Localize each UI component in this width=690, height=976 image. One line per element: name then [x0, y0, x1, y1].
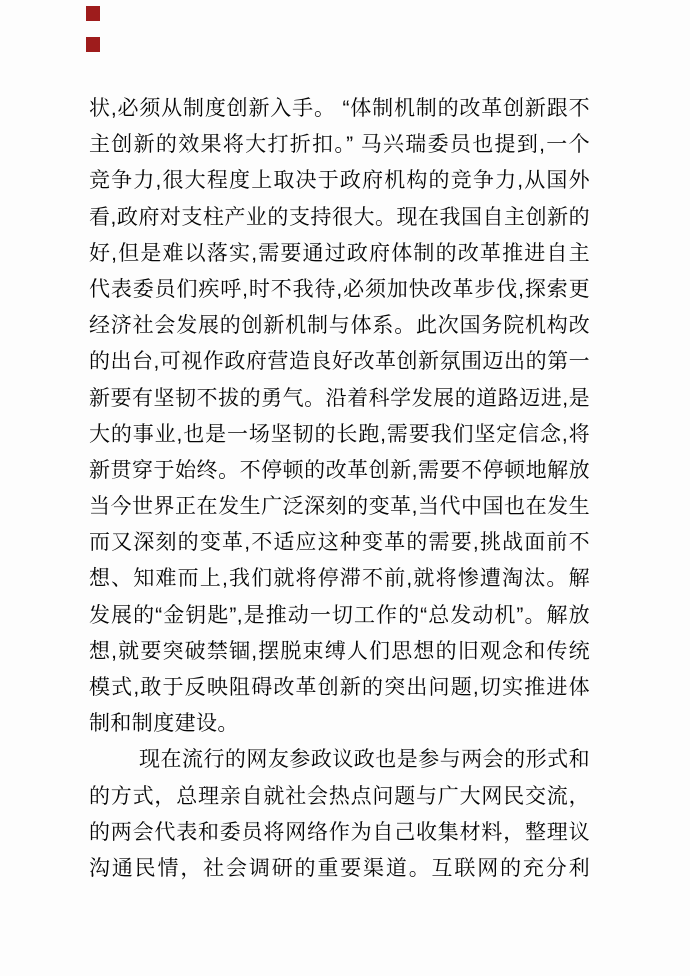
- text-line: 沟通民情，社会调研的重要渠道。互联网的充分利用，给了: [89, 851, 590, 887]
- text-line: 而又深刻的变革,不适应这种变革的需要,挑战面前不解放思: [89, 525, 590, 561]
- text-line: 代表委员们疾呼,时不我待,必须加快改革步伐,探索更有利于: [89, 272, 590, 308]
- text-line: 新要有坚韧不拔的勇气。沿着科学发展的道路迈进,是一项伟: [89, 381, 590, 417]
- red-stamp-icon: [86, 37, 100, 52]
- text-line: 想、知难而上,我们就将停滞不前,就将惨遭淘汰。解放思想是: [89, 561, 590, 597]
- text-line: 想,就要突破禁锢,摆脱束缚人们思想的旧观念和传统的思 维: [89, 634, 590, 670]
- text-line: 看,政府对支柱产业的支持很大。现在我国自主创新的政策很: [89, 200, 590, 236]
- document-page: 状,必须从制度创新入手。 “体制机制的改革创新跟不上,自 主创新的效果将大打折扣…: [0, 0, 690, 976]
- text-line: 当今世界正在发生广泛深刻的变革,当代中国也在发生广泛: [89, 489, 590, 525]
- text-line: 主创新的效果将大打折扣。” 马兴瑞委员也提到,一个国家的: [89, 127, 590, 163]
- text-line: 模式,敢于反映阻碍改革创新的突出问题,切实推进体制、 机: [89, 670, 590, 706]
- text-line: 的方式，总理亲自就社会热点问题与广大网民交流，众多: [89, 779, 590, 815]
- red-stamp-icon: [86, 6, 100, 21]
- text-line: 经济社会发展的创新机制与体系。此次国务院机构改革方案: [89, 308, 590, 344]
- text-line: 现在流行的网友参政议政也是参与两会的形式和渠道: [89, 742, 590, 778]
- text-line: 竞争力,很大程度上取决于政府机构的竞争力,从国外的经验: [89, 163, 590, 199]
- text-line: 状,必须从制度创新入手。 “体制机制的改革创新跟不上,自: [89, 91, 590, 127]
- text-line: 制和制度建设。: [89, 706, 590, 742]
- text-line: 发展的“金钥匙”,是推动一切工作的“总发动机”。解放思: [89, 598, 590, 634]
- text-line: 好,但是难以落实,需要通过政府体制的改革推进自主创新。: [89, 236, 590, 272]
- text-line: 大的事业,也是一场坚韧的长跑,需要我们坚定信念,将改革创: [89, 417, 590, 453]
- text-line: 新贯穿于始终。不停顿的改革创新,需要不停顿地解放思想。: [89, 453, 590, 489]
- document-body: 状,必须从制度创新入手。 “体制机制的改革创新跟不上,自 主创新的效果将大打折扣…: [89, 91, 590, 887]
- text-line: 的两会代表和委员将网络作为自己收集材料，整理议案，: [89, 815, 590, 851]
- text-line: 的出台,可视作政府营造良好改革创新氛围迈出的第一步创: [89, 344, 590, 380]
